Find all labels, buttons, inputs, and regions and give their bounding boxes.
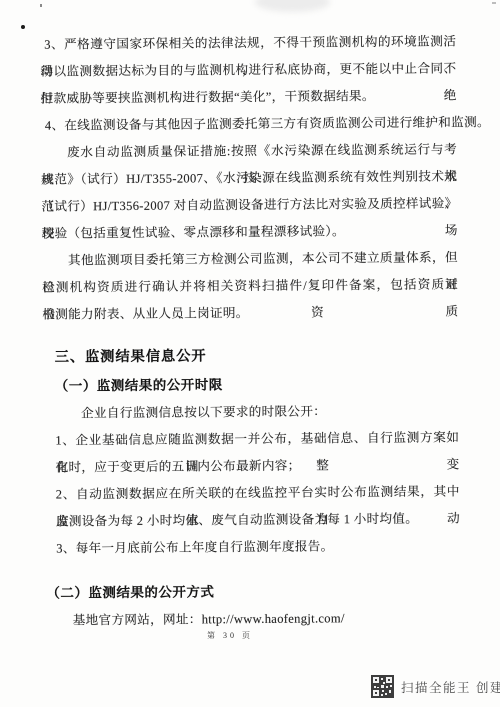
text-line: 3、每年一月底前公布上年度自行监测年度报告。: [56, 532, 460, 562]
scanned-page: 3、严格遵守国家环保相关的法律法规，不得干预监测机构的环境监测活动，不得以监测数…: [0, 0, 500, 707]
text-line: 校验（包括重复性试验、零点漂移和量程漂移试验）。: [42, 217, 458, 247]
text-line: 2、自动监测数据应在所关联的在线监控平台实时公布监测结果，其中废水自动: [56, 478, 460, 508]
text-line: 4、在线监测设备与其他因子监测委托第三方有资质监测公司进行维护和监测。: [41, 109, 457, 139]
text-line: 付款威胁等要挟监测机构进行数据“美化”，干预数据结果。: [41, 82, 457, 112]
text-line: 1、企业基础信息应随监测数据一并公布，基础信息、自行监测方案如有调整变: [55, 424, 459, 454]
text-line: 规范》（试行）HJ/T355-2007、《水污染源在线监测系统有效性判别技术规范…: [41, 163, 457, 193]
scan-speck: [40, 4, 42, 7]
page-number: 第 30 页: [0, 630, 460, 641]
text-line: 3、严格遵守国家环保相关的法律法规，不得干预监测机构的环境监测活动，不: [40, 28, 456, 58]
text-line: 检测机构资质进行确认并将相关资料扫描件/复印件备案，包括资质证书、资质: [42, 271, 458, 301]
text-line: 监测设备为每 2 小时均值、废气自动监测设备为每 1 小时均值。: [56, 505, 460, 535]
watermark-label: 扫描全能王 创建: [401, 678, 500, 696]
section-heading: 三、监测结果信息公开: [55, 339, 459, 372]
section-heading: （一）监测结果的公开时限: [55, 369, 459, 400]
text-line: 化时，应于变更后的五日内公布最新内容；: [55, 451, 459, 481]
text-line: （试行）HJ/T356-2007 对自动监测设备进行方法比对实验及质控样试验、现…: [41, 190, 457, 220]
text-line: 检测能力附表、从业人员上岗证明。: [42, 298, 458, 328]
text-line: 废水自动监测质量保证措施:按照《水污染源在线监测系统运行与考核技术: [41, 136, 457, 166]
scan-smudge: [255, 0, 330, 12]
scan-speck: [21, 25, 25, 29]
text-line: 企业自行监测信息按以下要求的时限公开：: [55, 397, 459, 427]
text-line: 得以监测数据达标为目的与监测机构进行私底协商，更不能以中止合同、拒绝: [40, 55, 456, 85]
section-heading: （二）监测结果的公开方式: [46, 576, 460, 607]
camscanner-watermark: 扫描全能王 创建: [371, 675, 500, 698]
text-line: 其他监测项目委托第三方检测公司监测，本公司不建立质量体系，但已对: [42, 244, 458, 274]
scan-speck: [492, 2, 496, 4]
qr-code-icon: [371, 675, 394, 698]
document-body: 3、严格遵守国家环保相关的法律法规，不得干预监测机构的环境监测活动，不得以监测数…: [0, 28, 500, 635]
